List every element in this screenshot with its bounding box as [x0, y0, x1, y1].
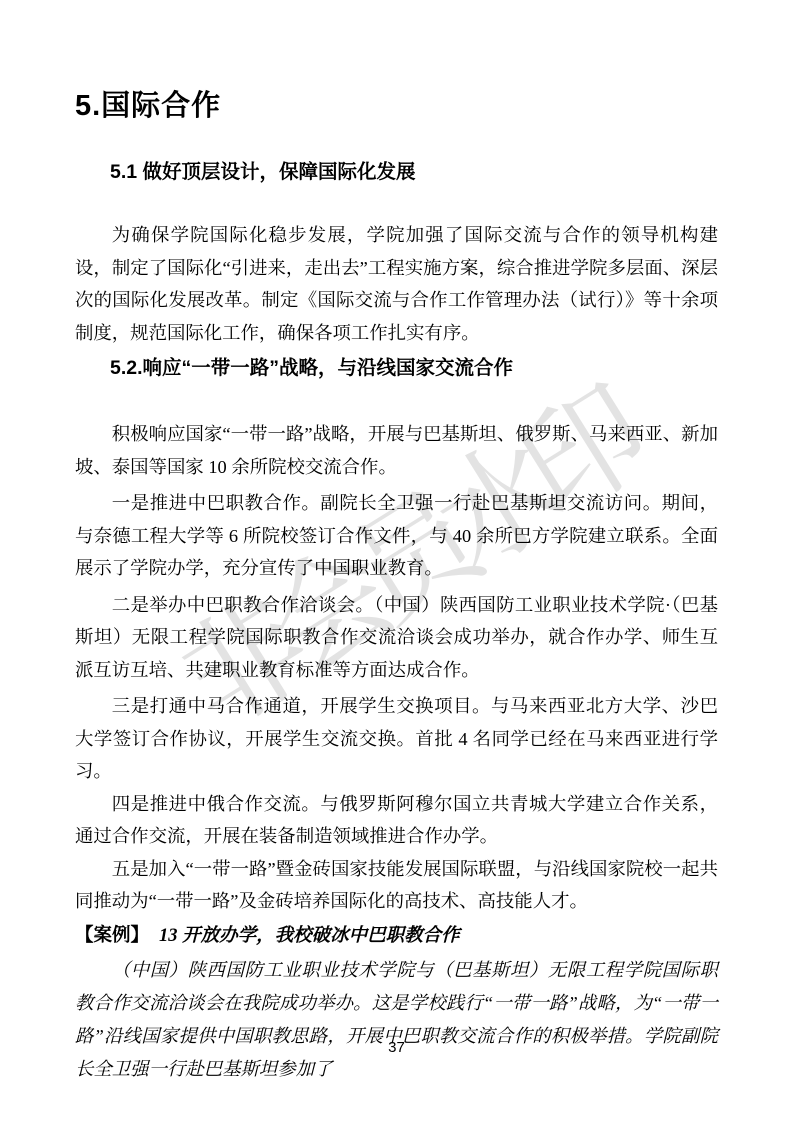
paragraph-item-5: 五是加入“一带一路”暨金砖国家技能发展国际联盟，与沿线国家院校一起共同推动为“一…	[75, 853, 718, 918]
paragraph-item-3: 三是打通中马合作通道，开展学生交换项目。与马来西亚北方大学、沙巴大学签订合作协议…	[75, 690, 718, 788]
paragraph-overview: 为确保学院国际化稳步发展，学院加强了国际交流与合作的领导机构建设，制定了国际化“…	[75, 219, 718, 349]
case-label: 【案例】	[75, 924, 149, 945]
section-heading-5-2: 5.2.响应“一带一路”战略，与沿线国家交流合作	[110, 355, 718, 382]
page-content: 5.国际合作 5.1 做好顶层设计，保障国际化发展 为确保学院国际化稳步发展，学…	[0, 0, 793, 1086]
case-body-paragraph: （中国）陕西国防工业职业技术学院与（巴基斯坦）无限工程学院国际职教合作交流洽谈会…	[75, 954, 718, 1086]
paragraph-belt-road-intro: 积极响应国家“一带一路”战略，开展与巴基斯坦、俄罗斯、马来西亚、新加坡、泰国等国…	[75, 418, 718, 483]
case-title: 13 开放办学，我校破冰中巴职教合作	[159, 926, 460, 946]
paragraph-item-1: 一是推进中巴职教合作。副院长全卫强一行赴巴基斯坦交流访问。期间，与奈德工程大学等…	[75, 487, 718, 585]
document-page: 非会员水印 5.国际合作 5.1 做好顶层设计，保障国际化发展 为确保学院国际化…	[0, 0, 793, 1122]
paragraph-item-4: 四是推进中俄合作交流。与俄罗斯阿穆尔国立共青城大学建立合作关系，通过合作交流，开…	[75, 788, 718, 853]
chapter-title: 5.国际合作	[75, 0, 718, 126]
paragraph-item-2: 二是举办中巴职教合作洽谈会。（中国）陕西国防工业职业技术学院·（巴基斯坦）无限工…	[75, 589, 718, 687]
page-number: 37	[0, 1039, 793, 1056]
case-heading: 【案例】13 开放办学，我校破冰中巴职教合作	[75, 918, 718, 953]
section-heading-5-1: 5.1 做好顶层设计，保障国际化发展	[110, 159, 718, 186]
